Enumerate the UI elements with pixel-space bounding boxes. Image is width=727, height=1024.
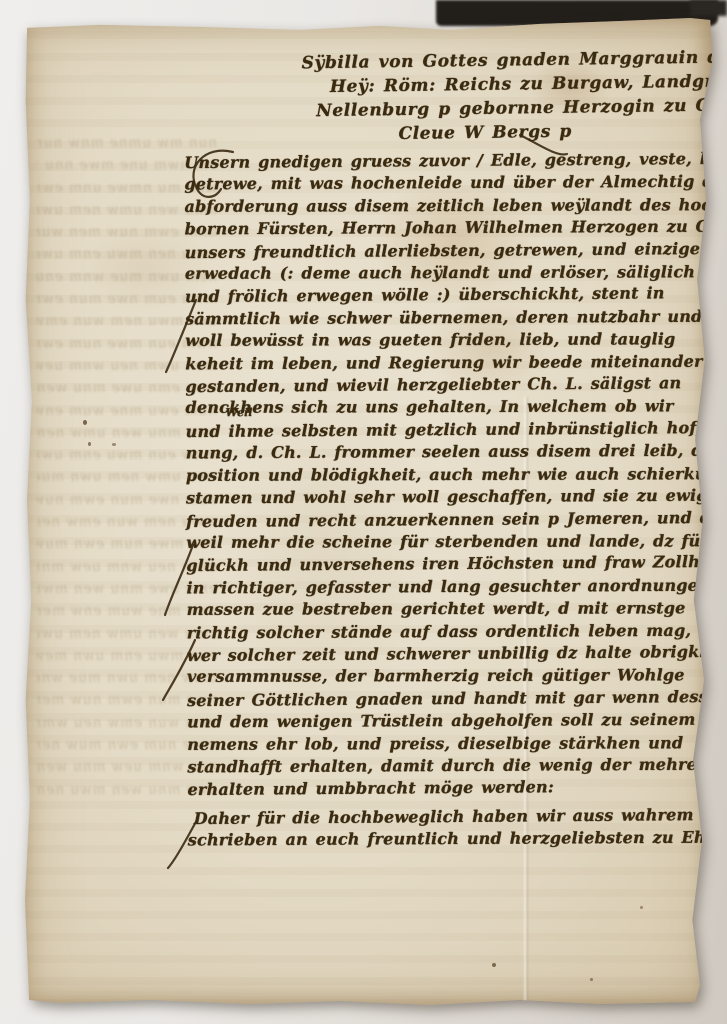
text-line: schrieben an euch freuntlich und herzgel… <box>188 827 713 852</box>
text-line: und ihme selbsten mit getzlich und inbrü… <box>186 417 711 444</box>
text-line: stamen und wohl sehr woll geschaffen, un… <box>186 485 711 510</box>
text-line: nung, d. Ch. L. frommer seelen auss dise… <box>186 440 711 465</box>
text-line: weil mehr die scheine für sterbenden und… <box>186 530 711 554</box>
header-line: Cleue W Bergs p <box>398 116 727 146</box>
text-line: massen zue bestreben gerichtet werdt, d … <box>187 597 712 621</box>
text-line: getrewe, mit was hochenleide und über de… <box>184 171 709 196</box>
text-line: glückh und unversehens iren Höchsten und… <box>186 551 711 578</box>
text-line: woll bewüsst in was gueten friden, lieb,… <box>185 328 710 352</box>
letter-body: Unsern gnedigen gruess zuvor / Edle, ges… <box>184 149 713 852</box>
text-line: sämmtlich wie schwer übernemen, deren nu… <box>185 305 710 330</box>
text-line: denckhens sich zu uns gehalten, In welch… <box>185 396 710 420</box>
address-header: L. Sÿbilla von Gottes gnaden Marggrauin … <box>289 44 727 147</box>
text-line: nemens ehr lob, und preiss, dieselbige s… <box>187 732 712 756</box>
ink-speck <box>83 420 87 425</box>
ink-speck <box>590 978 593 981</box>
manuscript-page: nun mw umne mnw nur wemeem nwm une mwe n… <box>25 17 713 1005</box>
interlinear-insertion: Weil <box>226 407 253 418</box>
ink-speck <box>640 906 643 909</box>
text-line: und frölich erwegen wölle :) überschickh… <box>185 282 710 309</box>
text-line: abforderung auss disem zeitlich leben we… <box>184 194 709 218</box>
text-line: position und blödigkheit, auch mehr wie … <box>186 463 711 487</box>
text-line: erhalten und umbbracht möge werden: <box>187 775 712 802</box>
ink-speck <box>112 443 116 446</box>
text-line: seiner Göttlichen gnaden und handt mit g… <box>187 686 712 713</box>
text-line: in richtiger, gefasster und lang gesucht… <box>186 574 711 599</box>
manuscript-photo: nun mw umne mnw nur wemeem nwm une mwe n… <box>0 0 727 1024</box>
text-line: richtig solcher stände auf dass ordentli… <box>187 619 712 644</box>
text-line: freuden und recht anzuerkennen sein p Je… <box>186 506 711 533</box>
paragraph-2: Daher für die hochbeweglich haben wir au… <box>188 804 713 852</box>
text-line: bornen Fürsten, Herrn Johan Wilhelmen He… <box>185 216 710 241</box>
ink-speck <box>88 442 91 446</box>
text-line: versammnusse, der barmherzig reich gütig… <box>187 665 712 689</box>
text-line: Unsern gnedigen gruess zuvor / Edle, ges… <box>184 148 709 175</box>
paper-drop-shadow: nun mw umne mnw nur wemeem nwm une mwe n… <box>0 0 727 1024</box>
paragraph-1: Unsern gnedigen gruess zuvor / Edle, ges… <box>184 149 712 802</box>
text-line: unsers freundtlich allerliebsten, getrew… <box>185 238 710 265</box>
text-line: und dem wenigen Trüstlein abgeholfen sol… <box>187 709 712 734</box>
text-line: Daher für die hochbeweglich haben wir au… <box>194 804 713 830</box>
ink-speck <box>492 963 496 967</box>
